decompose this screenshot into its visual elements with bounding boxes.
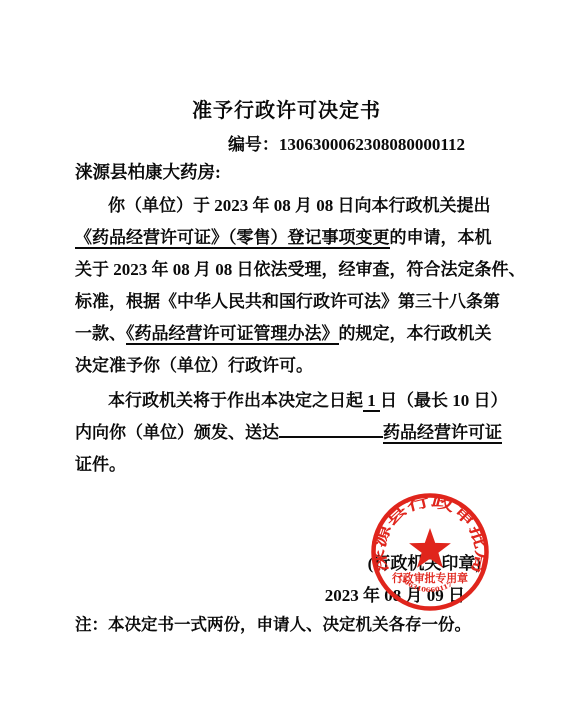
text-segment: 1 bbox=[363, 391, 380, 412]
text-segment: 日（最长 10 日） bbox=[380, 391, 508, 410]
star-icon bbox=[409, 528, 451, 568]
text-segment: 标准，根据《中华人民共和国行政许可法》第三十八条第 bbox=[75, 292, 500, 311]
addressee-line: 涞源县柏康大药房: bbox=[75, 159, 221, 184]
body-line: 《药品经营许可证》（零售）登记事项变更的申请，本机 bbox=[75, 222, 475, 254]
text-segment: 一款、 bbox=[75, 324, 126, 343]
text-segment: 《药品经营许可证管理办法》 bbox=[126, 324, 339, 345]
footer-note: 注：本决定书一式两份，申请人、决定机关各存一份。 bbox=[75, 611, 471, 635]
body-line: 关于 2023 年 08 月 08 日依法受理，经审查，符合法定条件、 bbox=[75, 254, 475, 286]
text-segment: 《药品经营许可证》（零售）登记事项变更 bbox=[75, 228, 390, 249]
body-line: 内向你（单位）颁发、送达药品经营许可证 bbox=[75, 417, 475, 449]
blank-underline bbox=[279, 419, 383, 438]
text-segment: 的规定，本行政机关 bbox=[339, 324, 492, 343]
body-paragraphs: 你（单位）于 2023 年 08 月 08 日向本行政机关提出《药品经营许可证》… bbox=[75, 190, 475, 481]
body-line: 决定准予你（单位）行政许可。 bbox=[75, 350, 475, 382]
text-segment: 药品经营许可证 bbox=[383, 423, 502, 444]
body-line: 本行政机关将于作出本决定之日起 1 日（最长 10 日） bbox=[75, 385, 475, 417]
text-segment: 你（单位）于 2023 年 08 月 08 日向本行政机关提出 bbox=[108, 196, 491, 215]
text-segment: 的申请，本机 bbox=[390, 228, 492, 247]
body-line: 你（单位）于 2023 年 08 月 08 日向本行政机关提出 bbox=[75, 190, 475, 222]
body-line: 一款、《药品经营许可证管理办法》的规定，本行政机关 bbox=[75, 318, 475, 350]
document-title: 准予行政许可决定书 bbox=[0, 94, 573, 123]
seal-graphic: 涞源县行政审批局 行政审批专用章 1306310660117 bbox=[368, 490, 492, 614]
official-seal: 涞源县行政审批局 行政审批专用章 1306310660117 bbox=[368, 490, 492, 614]
body-line: 证件。 bbox=[75, 449, 475, 481]
text-segment: 内向你（单位）颁发、送达 bbox=[75, 423, 279, 442]
text-segment: 证件。 bbox=[75, 455, 126, 474]
text-segment: 决定准予你（单位）行政许可。 bbox=[75, 356, 313, 375]
body-line: 标准，根据《中华人民共和国行政许可法》第三十八条第 bbox=[75, 286, 475, 318]
text-segment: 本行政机关将于作出本决定之日起 bbox=[108, 391, 363, 410]
document-page: 准予行政许可决定书 编号：1306300062308080000112 涞源县柏… bbox=[0, 0, 573, 705]
text-segment: 关于 2023 年 08 月 08 日依法受理，经审查，符合法定条件、 bbox=[75, 260, 526, 279]
document-number: 编号：1306300062308080000112 bbox=[228, 130, 465, 155]
